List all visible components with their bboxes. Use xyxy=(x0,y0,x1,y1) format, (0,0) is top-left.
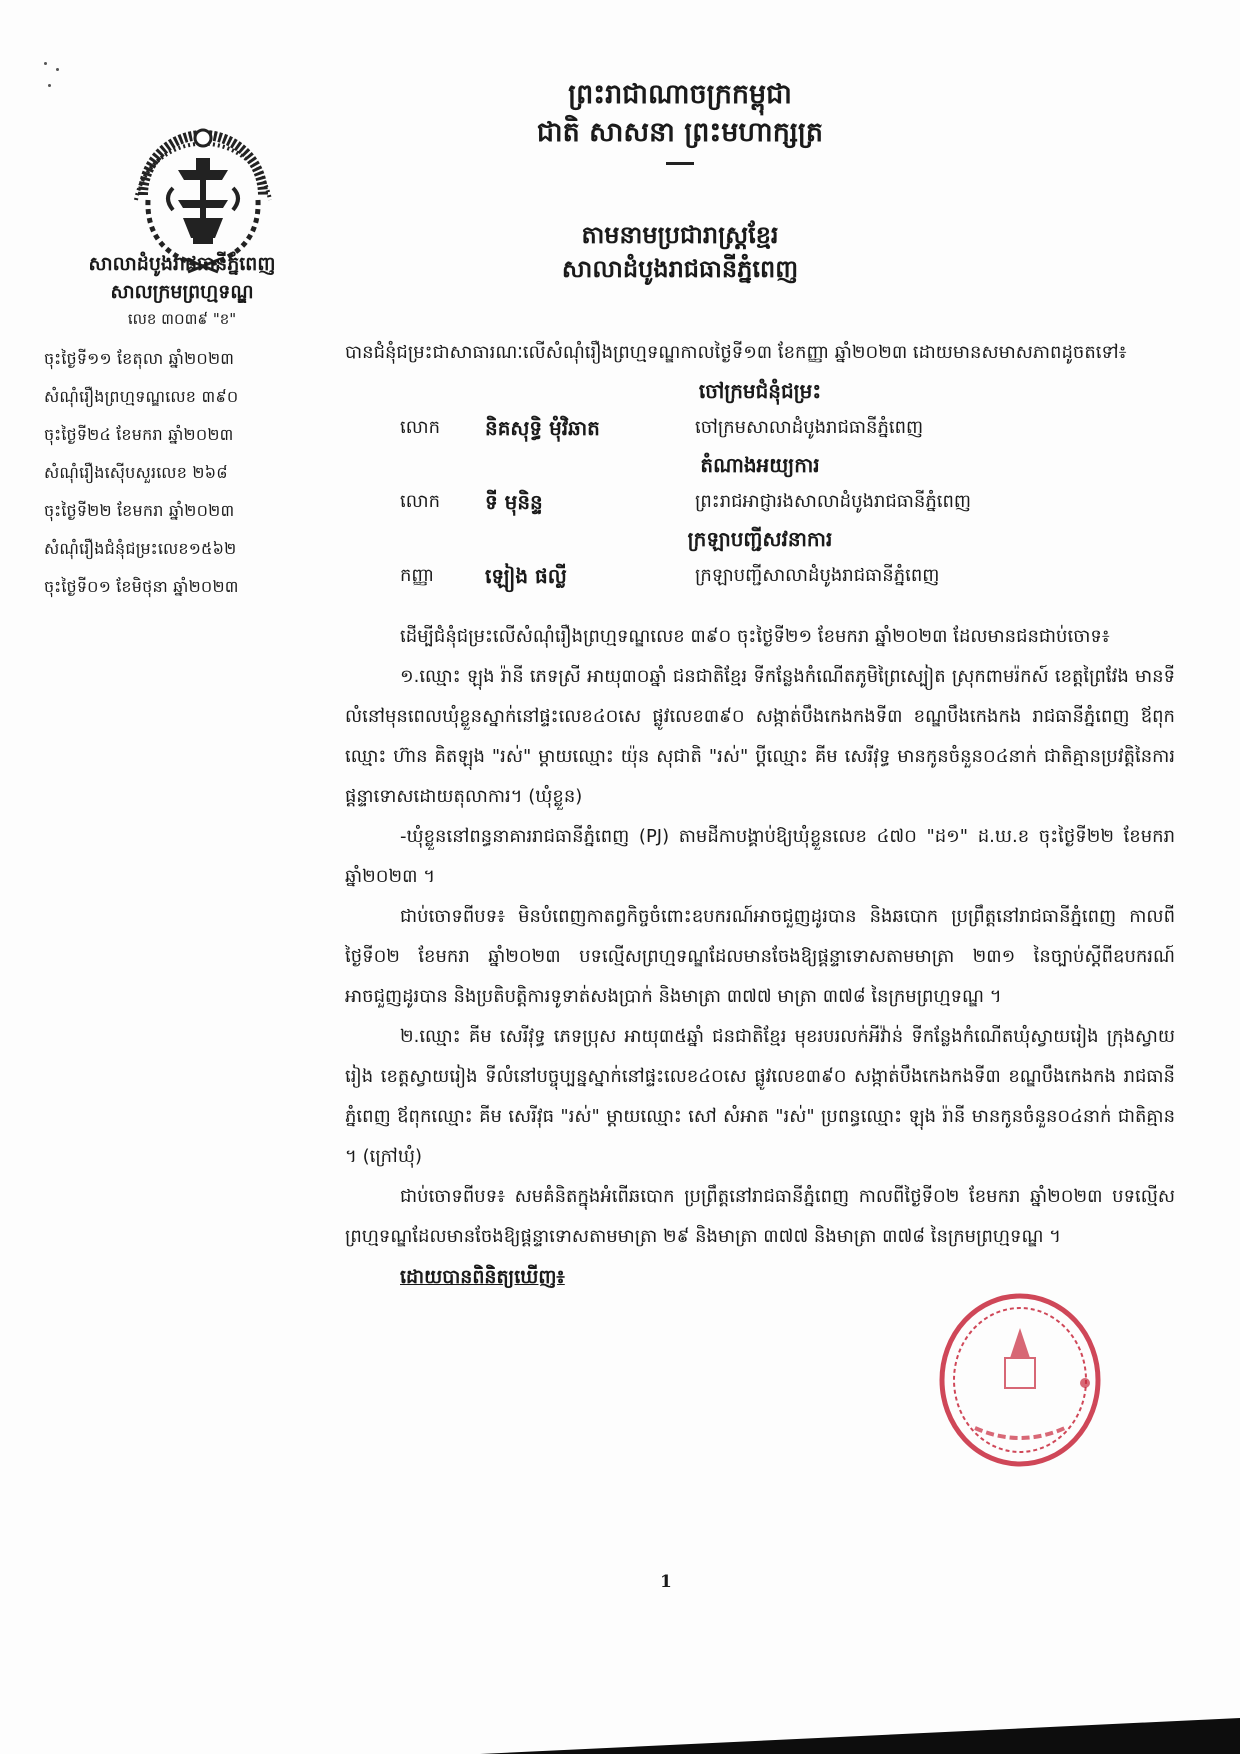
section-heading-clerk: ក្រឡាបញ្ជីសវនាការ xyxy=(345,521,1175,557)
defendant-2-paragraph: ២.ឈ្មោះ គីម សេរីវុទ្ធ ភេទប្រុស អាយុ៣៥ឆ្ន… xyxy=(345,1017,1175,1177)
office-name: សាលក្រមព្រហ្មទណ្ឌ xyxy=(52,278,312,306)
reference-line: ចុះថ្ងៃទី២៤ ខែមករា ឆ្នាំ២០២៣ xyxy=(44,416,314,454)
judge-position: ចៅក្រមសាលាដំបូងរាជធានីភ្នំពេញ xyxy=(695,409,1175,447)
court-name: សាលាដំបូងរាជធានីភ្នំពេញ xyxy=(52,250,312,278)
left-column-header: សាលាដំបូងរាជធានីភ្នំពេញ សាលក្រមព្រហ្មទណ្… xyxy=(52,250,312,330)
kingdom-title: ព្រះរាជាណាចក្រកម្ពុជា xyxy=(480,76,880,114)
header-divider xyxy=(666,162,694,165)
reference-line: សំណុំរឿងស៊ើបសួរលេខ ២៦៨ xyxy=(44,454,314,492)
clerk-name: ឡៀង ផល្លី xyxy=(485,557,695,595)
prosecutor-position: ព្រះរាជអាជ្ញារងសាលាដំបូងរាជធានីភ្នំពេញ xyxy=(695,483,1175,521)
judge-name: និគសុទ្ធិ មុំវិឆាត xyxy=(485,409,695,447)
court-emblem-icon xyxy=(118,100,288,275)
charge-1-paragraph: ជាប់ចោទពីបទ៖ មិនបំពេញកាតព្វកិច្ចចំពោះឧបក… xyxy=(345,897,1175,1017)
reference-line: សំណុំរឿងជំនុំជម្រះលេខ១៥៦២ xyxy=(44,530,314,568)
court-title-line1: តាមនាមប្រជារាស្ត្រខ្មែរ xyxy=(480,218,880,252)
intro-paragraph: បានជំនុំជម្រះជាសាធារណៈលើសំណុំរឿងព្រហ្មទណ… xyxy=(345,333,1175,373)
scan-edge-shadow xyxy=(0,1680,1240,1754)
defendant-1-paragraph: ១.ឈ្មោះ ឡុង រ៉ានី ភេទស្រី អាយុ៣០ឆ្នាំ ជន… xyxy=(345,657,1175,817)
section-heading-judge: ចៅក្រមជំនុំជម្រះ xyxy=(345,373,1175,409)
detention-paragraph: -ឃុំខ្លួននៅពន្ធនាគាររាជធានីភ្នំពេញ (PJ) … xyxy=(345,817,1175,897)
kingdom-header: ព្រះរាជាណាចក្រកម្ពុជា ជាតិ សាសនា ព្រះមហា… xyxy=(480,76,880,165)
clerk-row: កញ្ញា ឡៀង ផល្លី ក្រឡាបញ្ជីសាលាដំបូងរាជធា… xyxy=(345,557,1175,595)
court-title-line2: សាលាដំបូងរាជធានីភ្នំពេញ xyxy=(480,252,880,286)
reference-line: ចុះថ្ងៃទី០១ ខែមិថុនា ឆ្នាំ២០២៣ xyxy=(44,568,314,606)
section-heading-prosecutor: តំណាងអយ្យការ xyxy=(345,447,1175,483)
reference-line: សំណុំរឿងព្រហ្មទណ្ឌលេខ ៣៩០ xyxy=(44,378,314,416)
judgment-number: លេខ ៣០៣៩ "ខ" xyxy=(52,308,312,330)
honorific: លោក xyxy=(345,409,485,447)
case-paragraph: ដើម្បីជំនុំជម្រះលើសំណុំរឿងព្រហ្មទណ្ឌលេខ … xyxy=(345,617,1175,657)
judge-row: លោក និគសុទ្ធិ មុំវិឆាត ចៅក្រមសាលាដំបូងរា… xyxy=(345,409,1175,447)
clerk-position: ក្រឡាបញ្ជីសាលាដំបូងរាជធានីភ្នំពេញ xyxy=(695,557,1175,595)
national-motto: ជាតិ សាសនា ព្រះមហាក្សត្រ xyxy=(480,114,880,152)
prosecutor-row: លោក ទី មុនិន្ទ ព្រះរាជអាជ្ញារងសាលាដំបូងរ… xyxy=(345,483,1175,521)
case-references: ចុះថ្ងៃទី១១ ខែតុលា ឆ្នាំ២០២៣ សំណុំរឿងព្រ… xyxy=(44,340,314,606)
honorific: លោក xyxy=(345,483,485,521)
honorific: កញ្ញា xyxy=(345,557,485,595)
charge-2-paragraph: ជាប់ចោទពីបទ៖ សមគំនិតក្នុងអំពើឆបោក ប្រព្រ… xyxy=(345,1177,1175,1257)
scan-specks xyxy=(44,62,64,92)
prosecutor-name: ទី មុនិន្ទ xyxy=(485,483,695,521)
court-seal-icon xyxy=(935,1288,1105,1468)
court-title: តាមនាមប្រជារាស្ត្រខ្មែរ សាលាដំបូងរាជធានី… xyxy=(480,218,880,286)
document-body: បានជំនុំជម្រះជាសាធារណៈលើសំណុំរឿងព្រហ្មទណ… xyxy=(345,333,1175,1297)
reference-line: ចុះថ្ងៃទី២២ ខែមករា ឆ្នាំ២០២៣ xyxy=(44,492,314,530)
reference-line: ចុះថ្ងៃទី១១ ខែតុលា ឆ្នាំ២០២៣ xyxy=(44,340,314,378)
page-number: 1 xyxy=(660,1572,672,1592)
document-page: សាលាដំបូងរាជធានីភ្នំពេញ សាលក្រមព្រហ្មទណ្… xyxy=(0,0,1240,1754)
